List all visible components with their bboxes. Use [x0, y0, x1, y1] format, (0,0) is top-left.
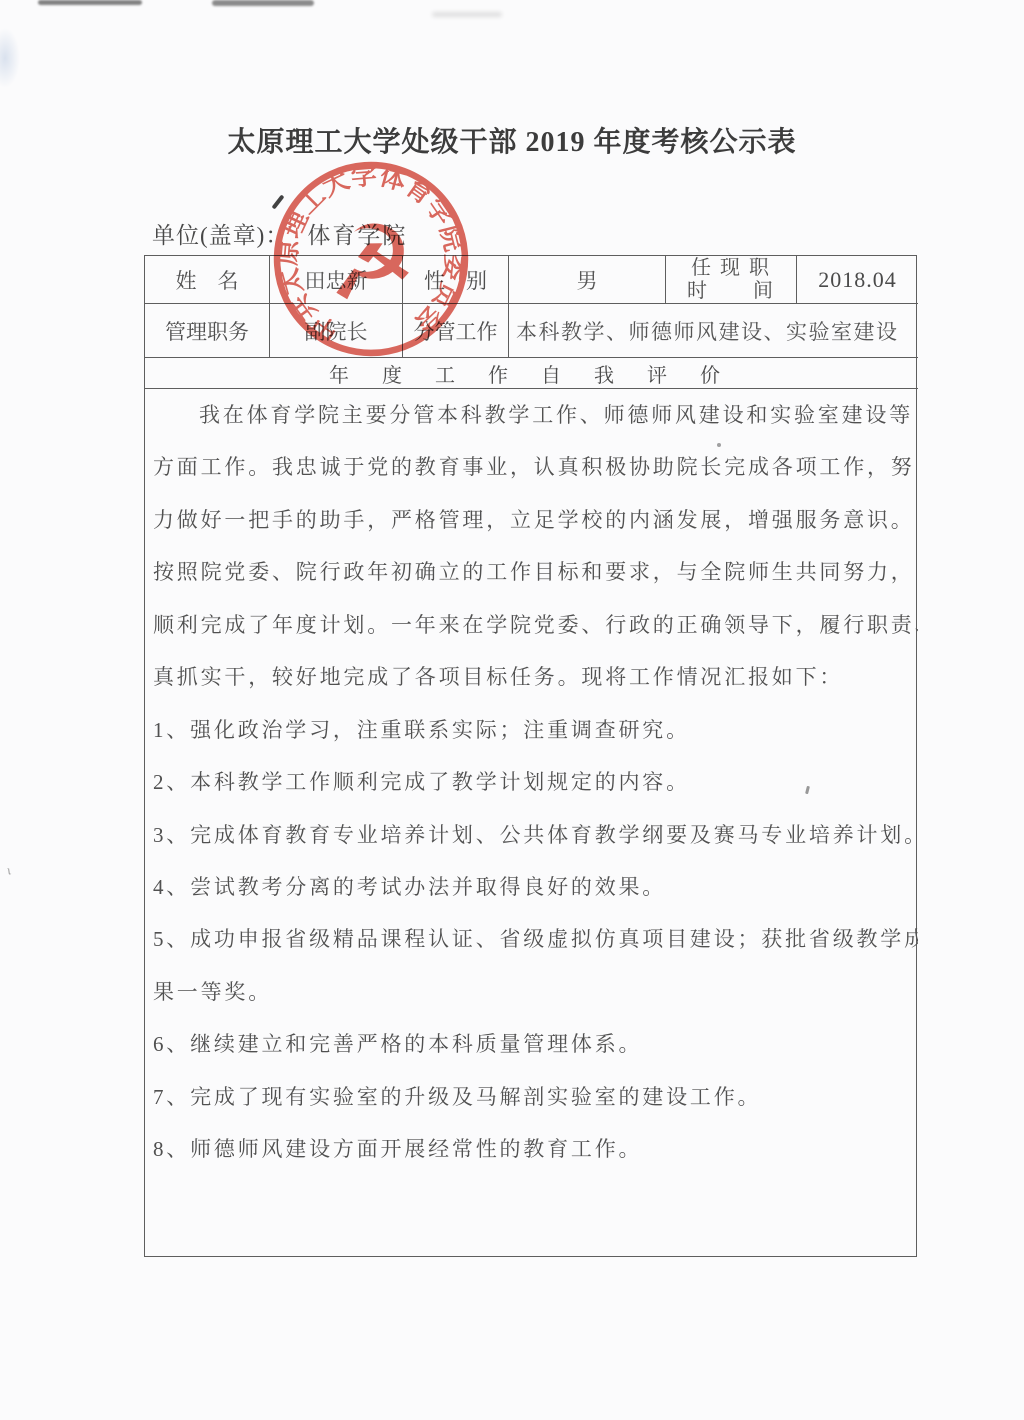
evaluation-line: 方面工作。我忠诚于党的教育事业，认真积极协助院长完成各项工作，努: [153, 441, 912, 493]
tenure-value-cell: 2018.04: [797, 256, 918, 304]
evaluation-line: 6、继续建立和完善严格的本科质量管理体系。: [153, 1018, 912, 1070]
evaluation-line: 力做好一把手的助手，严格管理，立足学校的内涵发展，增强服务意识。: [153, 494, 912, 546]
tenure-label-line2: 时 间: [687, 280, 775, 303]
position-label-cell: 管理职务: [145, 304, 270, 358]
evaluation-body-cell: 我在体育学院主要分管本科教学工作、师德师风建设和实验室建设等 方面工作。我忠诚于…: [145, 389, 918, 1258]
page-title: 太原理工大学处级干部 2019 年度考核公示表: [0, 120, 1024, 160]
evaluation-line: 我在体育学院主要分管本科教学工作、师德师风建设和实验室建设等: [153, 389, 912, 441]
scan-smudge: [212, 0, 314, 6]
evaluation-line: 按照院党委、院行政年初确立的工作目标和要求，与全院师生共同努力，: [153, 546, 912, 598]
scan-corner-tint: [0, 28, 20, 88]
evaluation-line: 5、成功申报省级精品课程认证、省级虚拟仿真项目建设；获批省级教学成: [153, 913, 912, 965]
scan-smudge: [38, 0, 142, 5]
evaluation-line: 真抓实干，较好地完成了各项目标任务。现将工作情况汇报如下：: [153, 651, 912, 703]
gender-value-cell: 男: [509, 256, 666, 304]
scan-margin-mark: ι: [6, 861, 17, 876]
official-seal-stamp: 中共太原理工大学体育学院委员会 ☭: [263, 151, 479, 367]
assessment-form-table: 姓 名 田忠新 性 别 男 任 现 职 时 间 2018.04 管理职务 副院长…: [144, 255, 917, 1257]
evaluation-line: 7、完成了现有实验室的升级及马解剖实验室的建设工作。: [153, 1071, 912, 1123]
section-header-cell: 年 度 工 作 自 我 评 价: [145, 358, 918, 389]
duty-value-cell: 本科教学、师德师风建设、实验室建设: [509, 304, 918, 358]
evaluation-line: 8、师德师风建设方面开展经常性的教育工作。: [153, 1123, 912, 1175]
tenure-label-cell: 任 现 职 时 间: [666, 256, 797, 304]
evaluation-line: 2、本科教学工作顺利完成了教学计划规定的内容。: [153, 756, 912, 808]
evaluation-line: 3、完成体育教育专业培养计划、公共体育教学纲要及赛马专业培养计划。: [153, 809, 912, 861]
tenure-label-line1: 任 现 职: [691, 257, 771, 280]
evaluation-line: 1、强化政治学习，注重联系实际；注重调查研究。: [153, 704, 912, 756]
name-label-cell: 姓 名: [145, 256, 270, 304]
scan-smudge: [432, 12, 502, 17]
evaluation-line: 4、尝试教考分离的考试办法并取得良好的效果。: [153, 861, 912, 913]
evaluation-line: 顺利完成了年度计划。一年来在学院党委、行政的正确领导下，履行职责、: [153, 599, 912, 651]
evaluation-line: 果一等奖。: [153, 966, 912, 1018]
hammer-sickle-icon: ☭: [322, 200, 421, 324]
